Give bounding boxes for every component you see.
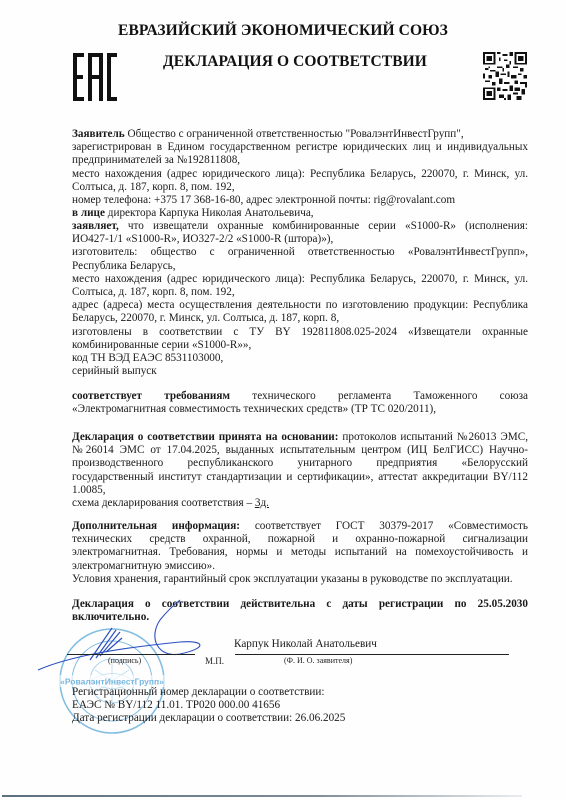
declares-line-5: место нахождения (адрес юридического лиц… [72, 273, 528, 286]
applicant-address-line-2: Солтыса, д. 187, корп. 8, пом. 192, [72, 181, 528, 194]
seal-caption: М.П. [205, 656, 224, 666]
registration-section: Регистрационный номер декларации о соотв… [72, 686, 528, 726]
declares-line-2: ИО427-1/1 «S1000-R», ИО327-2/2 «S1000-R … [72, 233, 528, 246]
basis-line-2: №26014 ЭМС от 17.04.2025, выданных испыт… [72, 444, 528, 457]
applicant-section: Заявитель Общество с ограниченной ответс… [72, 128, 528, 220]
additional-info-section: Дополнительная информация: соответствует… [72, 520, 528, 586]
additional-line-4: электромагнитную эмиссию». [72, 560, 528, 573]
applicant-representative: в лице директора Карпука Николая Анатоль… [72, 207, 528, 220]
complies-section: соответствует требованиям технического р… [72, 390, 528, 416]
registration-label: Регистрационный номер декларации о соотв… [72, 686, 528, 699]
page-bottom-edge [2, 795, 522, 797]
production-type: серийный выпуск [72, 365, 528, 378]
additional-line-2: технических средств охранной, пожарной и… [72, 533, 528, 546]
declaration-page: ЕВРАЗИЙСКИЙ ЭКОНОМИЧЕСКИЙ СОЮЗ ДЕКЛАРАЦИ… [0, 0, 566, 800]
name-caption: (Ф. И. О. заявителя) [284, 656, 352, 665]
applicant-line-1: Заявитель Общество с ограниченной ответс… [72, 128, 528, 141]
basis-line-1: Декларация о соответствии принята на осн… [72, 431, 528, 444]
qr-code-icon [483, 52, 527, 100]
additional-line-1: Дополнительная информация: соответствует… [72, 520, 528, 533]
scheme-value: 3д. [255, 497, 269, 509]
declaration-scheme: схема декларирования соответствия – 3д. [72, 497, 528, 510]
basis-section: Декларация о соответствии принята на осн… [72, 431, 528, 510]
declares-section: заявляет, что извещатели охранные комбин… [72, 220, 528, 378]
registration-date: Дата регистрации декларации о соответств… [72, 712, 528, 725]
registration-number: ЕАЭС № BY/112 11.01. ТР020 000.00 41656 [72, 699, 528, 712]
signature-caption: (подпись) [108, 656, 141, 665]
complies-line-2: «Электромагнитная совместимость техничес… [72, 403, 528, 416]
applicant-line-3: предпринимателей за №192811808, [72, 154, 528, 167]
basis-line-4: государственный институт стандартизации … [72, 471, 528, 484]
basis-line-5: 1.0085, [72, 484, 528, 497]
signer-name: Карпук Николай Анатольевич [234, 638, 474, 651]
eac-mark-icon [73, 53, 117, 101]
applicant-label: Заявитель [72, 128, 125, 140]
declares-line-7: адрес (адреса) места осуществления деяте… [72, 299, 528, 312]
union-title: ЕВРАЗИЙСКИЙ ЭКОНОМИЧЕСКИЙ СОЮЗ [0, 22, 566, 40]
stamp-text: «РовалэнтИнвестГрупп» [60, 677, 164, 687]
declares-line-4: Республика Беларусь, [72, 260, 528, 273]
declares-line-6: Солтыса, д. 187, корп. 8, пом. 192, [72, 286, 528, 299]
declares-line-3: изготовитель: общество с ограниченной от… [72, 246, 528, 259]
declares-line-10: комбинированные серии «S1000-R»», [72, 339, 528, 352]
hs-code: код ТН ВЭД ЕАЭС 8531103000, [72, 352, 528, 365]
basis-line-3: производственного республиканского унита… [72, 457, 528, 470]
storage-conditions: Условия хранения, гарантийный срок экспл… [72, 573, 528, 586]
declares-line-9: изготовлены в соответствии с ТУ BY 19281… [72, 326, 528, 339]
handwritten-signature [30, 598, 230, 678]
name-line [235, 654, 509, 655]
applicant-line-2: зарегистрирован в Едином государственном… [72, 141, 528, 154]
signature-line [67, 654, 195, 655]
declares-line-1: заявляет, что извещатели охранные комбин… [72, 220, 528, 233]
applicant-address-line-1: место нахождения (адрес юридического лиц… [72, 168, 528, 181]
declares-line-8: Беларусь, 220070, г. Минск, ул. Солтыса,… [72, 312, 528, 325]
additional-line-3: электромагнитная. Требования, нормы и ме… [72, 546, 528, 559]
complies-line-1: соответствует требованиям технического р… [72, 390, 528, 403]
applicant-contacts: номер телефона: +375 17 368-16-80, адрес… [72, 194, 528, 207]
